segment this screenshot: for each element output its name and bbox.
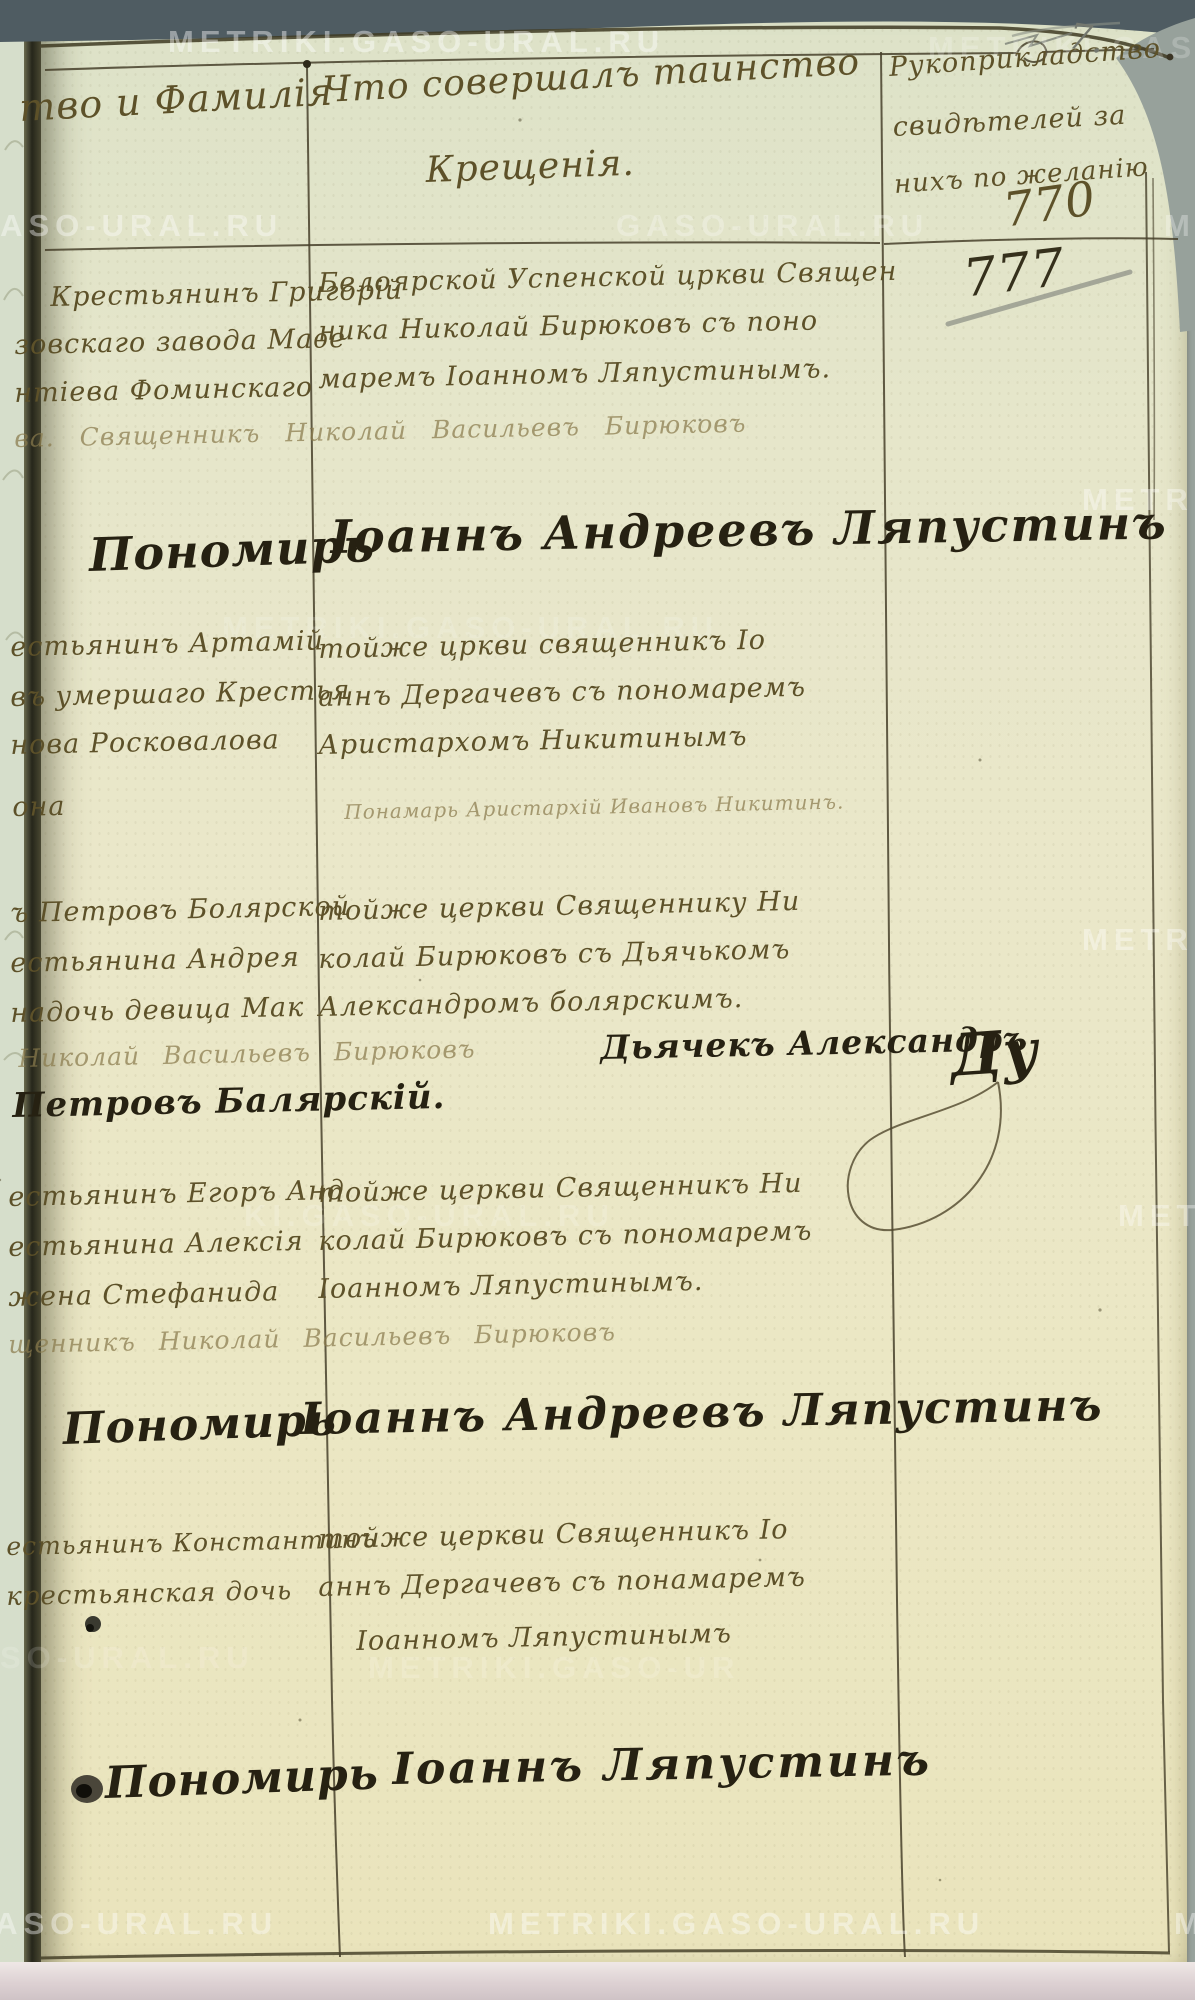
entry3-left-line3: надочь девица Мак	[10, 992, 305, 1029]
header-rite-column-line2: Крещенія.	[425, 143, 635, 191]
entry4-left-line2: естьянина Алексія	[8, 1226, 304, 1263]
entry3-left-line2: естьянина Андрея	[10, 942, 300, 979]
entry2-left-line4: она	[12, 791, 66, 823]
entry4-left-line3: жена Стефанида	[8, 1276, 280, 1313]
entry-number-777: 777	[960, 238, 1069, 310]
scan-background-bottom	[0, 1962, 1195, 2000]
entry7-sexton-signature-right: Іоаннъ Ляпустинъ	[392, 1735, 932, 1795]
entry2-left-line3: нова Росковалова	[10, 724, 280, 761]
entry1-left-line3: нтіева Фоминскаго	[14, 372, 313, 409]
entry7-sexton-signature-left: Пономирь	[104, 1748, 380, 1809]
archival-corner-number: 7.	[1066, 16, 1108, 62]
entry2-left-line1: естьянинъ Артамій	[10, 625, 324, 663]
entry5-sexton-signature-left: Пономирь	[62, 1394, 338, 1455]
scanned-metric-book-page: { "page": { "corner_number": "7.", "entr…	[0, 0, 1195, 2000]
entry6-left-line2: крестьянская дочь	[6, 1576, 292, 1612]
entry3-witness-mark: Ду	[948, 1016, 1041, 1090]
